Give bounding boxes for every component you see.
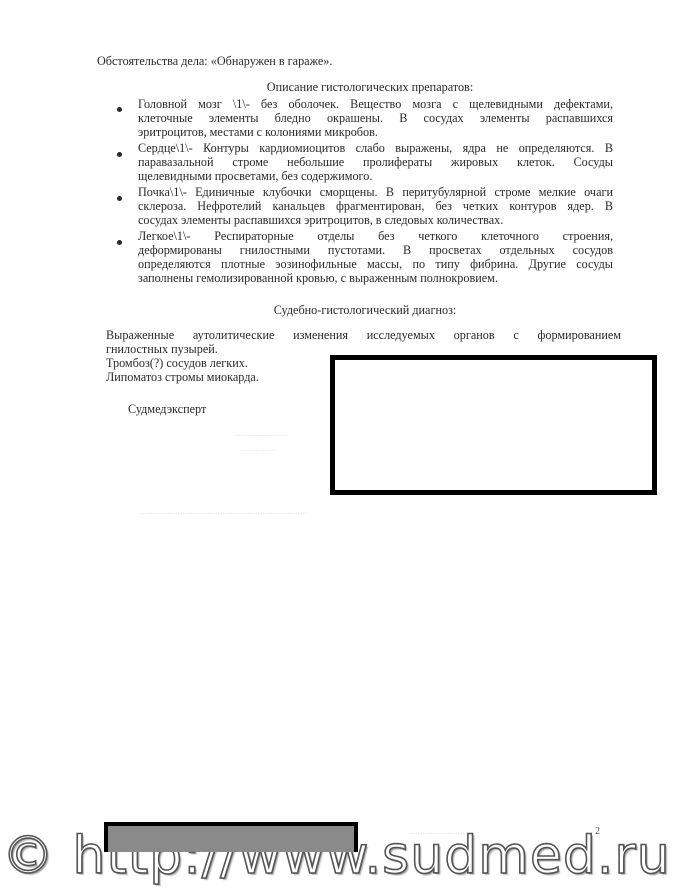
bullet-icon xyxy=(117,152,122,157)
bullet-icon xyxy=(117,107,122,112)
section-title-histology: Описание гистологических препаратов: xyxy=(230,80,510,96)
signature-label: Судмедэксперт xyxy=(128,402,206,418)
document-page: ..................... .............. ...… xyxy=(0,0,685,888)
bleed-through-text: ........................................… xyxy=(140,506,308,517)
redaction-bar xyxy=(104,822,358,852)
finding-heart-line: щелевидными просветами, без содержимого. xyxy=(138,169,372,185)
page-number: 2 xyxy=(595,826,600,837)
bleed-through-text: ..................... xyxy=(235,428,288,439)
finding-lung-line: заполнены гемолизированной кровью, с выр… xyxy=(138,271,498,287)
case-circumstances: Обстоятельства дела: «Обнаружен в гараже… xyxy=(97,54,332,70)
redaction-box xyxy=(330,355,657,495)
bleed-through-text: .............. xyxy=(240,443,275,454)
bullet-icon xyxy=(117,240,122,245)
finding-kidney-line: сосудах элементы распавшихся эритроцитов… xyxy=(138,213,503,229)
bullet-icon xyxy=(117,196,122,201)
finding-brain-line: эритроцитов, местами с колониями микробо… xyxy=(138,125,378,141)
diagnosis-line: Липоматоз стромы миокарда. xyxy=(106,370,259,386)
section-title-diagnosis: Судебно-гистологический диагноз: xyxy=(230,303,500,319)
